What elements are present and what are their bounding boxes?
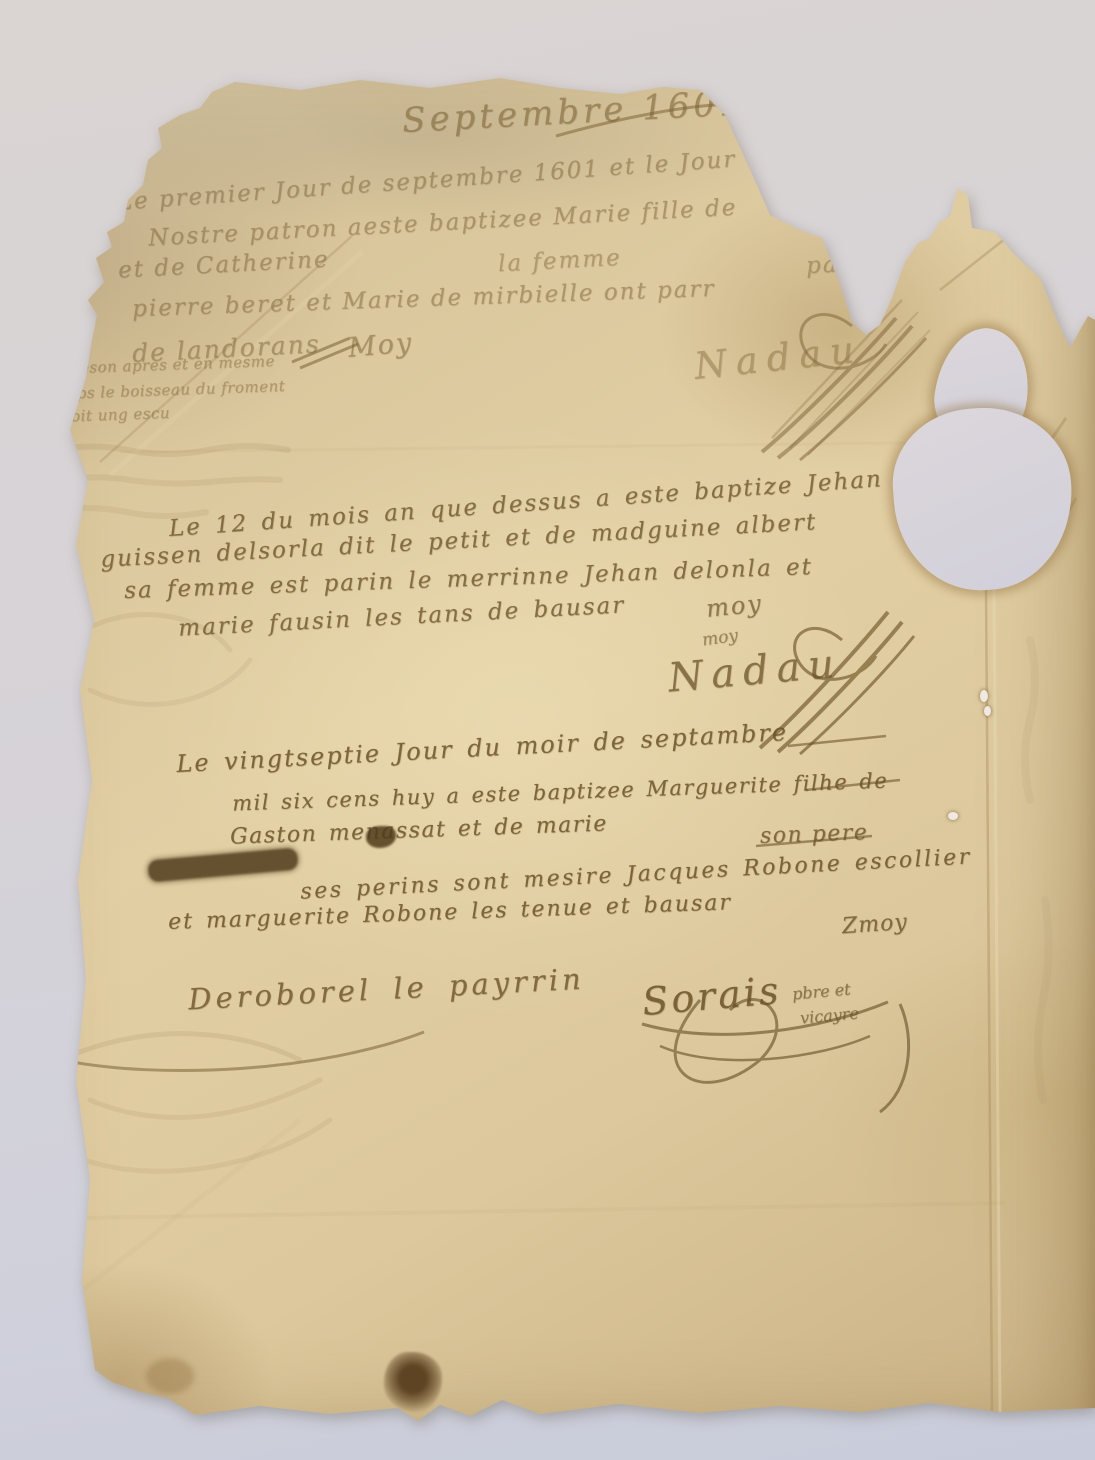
small-spot-top-left <box>66 166 75 175</box>
signature-godfather: Deroborel le payrrin <box>187 962 585 1017</box>
signature-priest-title-line1: pbre et <box>791 979 851 1003</box>
small-hole-3 <box>948 812 958 820</box>
entry3-line1: Le vingtseptie Jour du moir de septambre <box>176 718 789 778</box>
entry1-line4: pierre beret et Marie de mirbielle ont p… <box>132 276 716 322</box>
signature-priest: Sorais <box>640 968 783 1024</box>
signature-nadau-2: Nadau <box>666 641 843 702</box>
small-hole-1 <box>980 690 988 702</box>
signature-nadau-1: Nadau <box>692 327 865 387</box>
entry3-line2: mil six cens huy a este baptizee Marguer… <box>232 769 889 816</box>
margin-note-line1: La meson apres et en mesme <box>40 352 275 378</box>
small-hole-2 <box>984 706 991 716</box>
signature-priest-title-line2: vicayre <box>799 1003 859 1027</box>
crossed-out-word <box>147 848 298 883</box>
entry2-moy-mark: moy <box>705 589 764 623</box>
entry1-line3-father: et de Catherine <box>117 246 330 283</box>
month-heading: Septembre 1601 <box>401 83 745 141</box>
margin-note-line2: temps le boisseau du froment <box>46 377 286 403</box>
entry3-zmoy-mark: Zmoy <box>841 910 908 940</box>
entry1-line3-torn: par <box>805 251 852 279</box>
stain-bottom-left <box>146 1358 194 1394</box>
entry3-line5: et marguerite Robone les tenue et bausar <box>168 890 733 935</box>
paper-hole-body <box>888 402 1078 596</box>
dark-stain-bottom <box>384 1352 442 1412</box>
ink-blot <box>366 826 396 848</box>
photograph-of-manuscript: Septembre 1601 Le premier Jour de septem… <box>0 0 1095 1460</box>
entry1-moy-mark: Moy <box>347 327 415 364</box>
paper-shadow: Septembre 1601 Le premier Jour de septem… <box>0 0 1095 1460</box>
margin-note-line3: valloit ung escu <box>42 404 171 426</box>
godfather-underline-flourish <box>62 1032 424 1071</box>
parchment-page: Septembre 1601 Le premier Jour de septem… <box>0 0 1095 1460</box>
annotation-moy: moy <box>701 626 739 651</box>
entry3-line3-father: son pere <box>760 820 869 849</box>
entry3-line3-parents: Gaston menassat et de marie <box>230 811 609 849</box>
entry1-line3-wife: la femme <box>497 245 622 277</box>
